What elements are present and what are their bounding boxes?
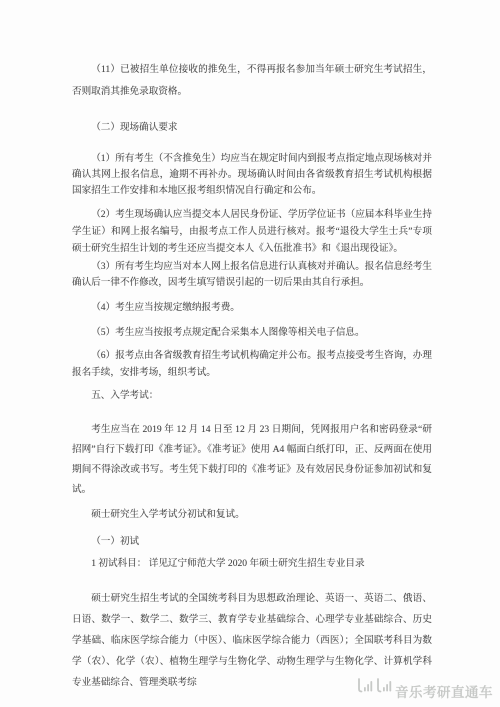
preliminary-exam-subjects-line: 1 初试科目： 详见辽宁师范大学 2020 年硕士研究生招生专业目录 (72, 555, 432, 572)
exam-structure-paragraph: 硕士研究生入学考试分初试和复试。 (72, 506, 432, 523)
admission-ticket-paragraph: 考生应当在 2019 年 12 月 14 日至 12 月 23 日期间，凭网报用… (72, 420, 432, 500)
watermark: 音乐考研直通车 (357, 678, 493, 699)
clause-5: （5）考生应当按报考点规定配合采集本人图像等相关电子信息。 (72, 324, 432, 341)
clause-4: （4）考生应当按规定缴纳报考费。 (72, 299, 432, 316)
section-heading-entrance-exam: 五、入学考试： (72, 387, 432, 404)
clause-6: （6）报考点由各省级教育招生考试机构确定并公布。报考点接受考生咨询，办理报名手续… (72, 347, 432, 381)
section-heading-onsite-confirmation: （二）现场确认要求 (72, 119, 432, 136)
watermark-text: 音乐考研直通车 (395, 686, 493, 700)
subsection-heading-preliminary-exam: （一）初试 (72, 533, 432, 550)
clause-1: （1）所有考生（不含推免生）均应当在规定时间内到报考点指定地点现场核对并确认其网… (72, 151, 432, 199)
soundwave-icon (376, 678, 393, 698)
clause-3: （3）所有考生均应当对本人网上报名信息进行认真核对并确认。报名信息经考生确认后一… (72, 259, 432, 291)
clause-11: （11）已被招生单位接收的推免生，不得再报名参加当年硕士研究生考试招生，否则取消… (72, 59, 432, 103)
document-page: （11）已被招生单位接收的推免生，不得再报名参加当年硕士研究生考试招生，否则取消… (0, 0, 500, 707)
document-body: （11）已被招生单位接收的推免生，不得再报名参加当年硕士研究生考试招生，否则取消… (72, 59, 432, 693)
clause-2: （2）考生现场确认应当提交本人居民身份证、学历学位证书（应届本科毕业生持学生证）… (72, 206, 432, 257)
soundwave-icon (357, 678, 374, 698)
